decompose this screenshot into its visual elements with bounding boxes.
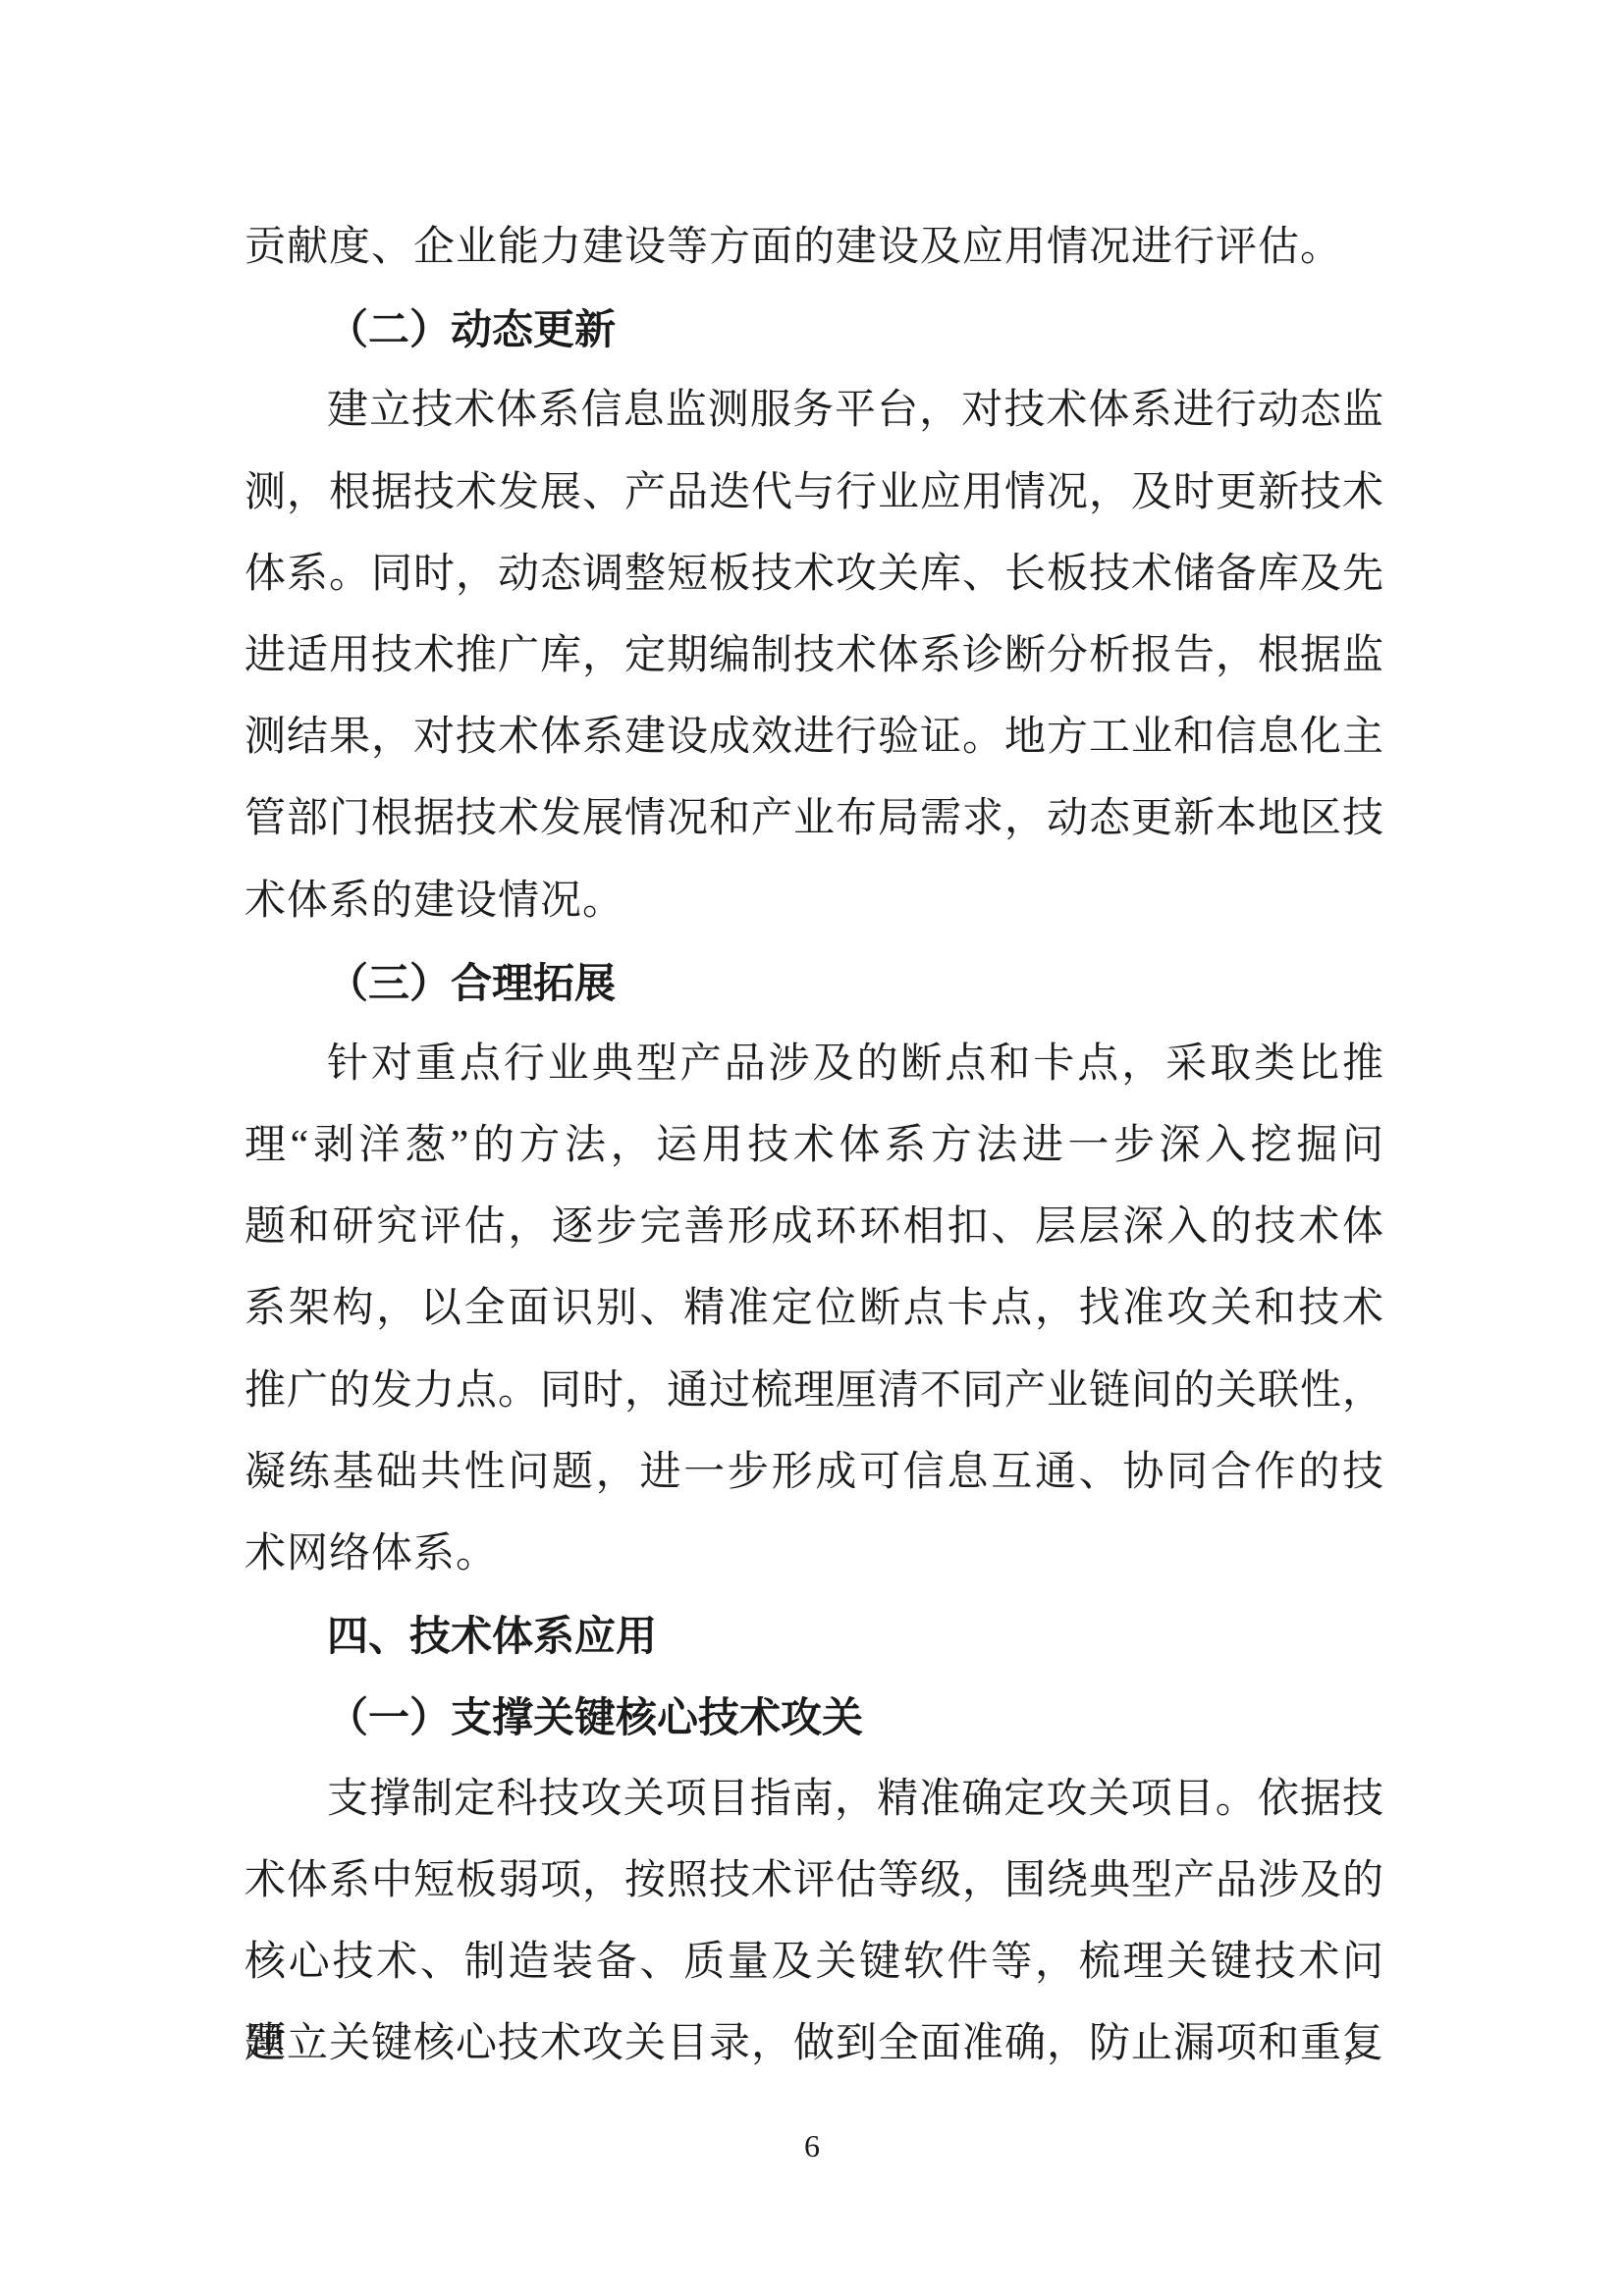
body-line: 进适用技术推广库，定期编制技术体系诊断分析报告，根据监 (244, 615, 1383, 697)
heading-section-3-reasonable-expansion: （三）合理拓展 (244, 942, 1383, 1024)
document-body: 贡献度、企业能力建设等方面的建设及应用情况进行评估。 （二）动态更新 建立技术体… (244, 207, 1383, 2085)
body-line: 体系。同时，动态调整短板技术攻关库、长板技术储备库及先 (244, 534, 1383, 615)
body-line: 贡献度、企业能力建设等方面的建设及应用情况进行评估。 (244, 207, 1383, 289)
heading-section-2-dynamic-update: （二）动态更新 (244, 289, 1383, 370)
body-line: 凝练基础共性问题，进一步形成可信息互通、协同合作的技 (244, 1432, 1383, 1514)
document-page: 贡献度、企业能力建设等方面的建设及应用情况进行评估。 （二）动态更新 建立技术体… (0, 0, 1624, 2296)
body-line: 术体系的建设情况。 (244, 861, 1383, 942)
body-line: 建立技术体系信息监测服务平台，对技术体系进行动态监 (244, 370, 1383, 452)
body-line: 核心技术、制造装备、质量及关键软件等，梳理关键技术问题， (244, 1922, 1383, 2003)
body-line: 推广的发力点。同时，通过梳理厘清不同产业链间的关联性， (244, 1351, 1383, 1432)
body-line: 题和研究评估，逐步完善形成环环相扣、层层深入的技术体 (244, 1187, 1383, 1268)
body-line: 支撑制定科技攻关项目指南，精准确定攻关项目。依据技 (244, 1759, 1383, 1841)
heading-section-1-key-core-tech: （一）支撑关键核心技术攻关 (244, 1677, 1383, 1758)
body-line: 测，根据技术发展、产品迭代与行业应用情况，及时更新技术 (244, 453, 1383, 534)
body-line: 术网络体系。 (244, 1514, 1383, 1595)
body-line: 术体系中短板弱项，按照技术评估等级，围绕典型产品涉及的 (244, 1841, 1383, 1922)
heading-chapter-4-application: 四、技术体系应用 (244, 1595, 1383, 1677)
page-number: 6 (0, 2123, 1624, 2168)
body-line: 测结果，对技术体系建设成效进行验证。地方工业和信息化主 (244, 697, 1383, 778)
body-line: 系架构，以全面识别、精准定位断点卡点，找准攻关和技术 (244, 1268, 1383, 1350)
body-line: 建立关键核心技术攻关目录，做到全面准确，防止漏项和重复 (244, 2003, 1383, 2085)
body-line: 管部门根据技术发展情况和产业布局需求，动态更新本地区技 (244, 778, 1383, 860)
body-line: 理“剥洋葱”的方法，运用技术体系方法进一步深入挖掘问 (244, 1105, 1383, 1187)
body-line: 针对重点行业典型产品涉及的断点和卡点，采取类比推 (244, 1024, 1383, 1105)
